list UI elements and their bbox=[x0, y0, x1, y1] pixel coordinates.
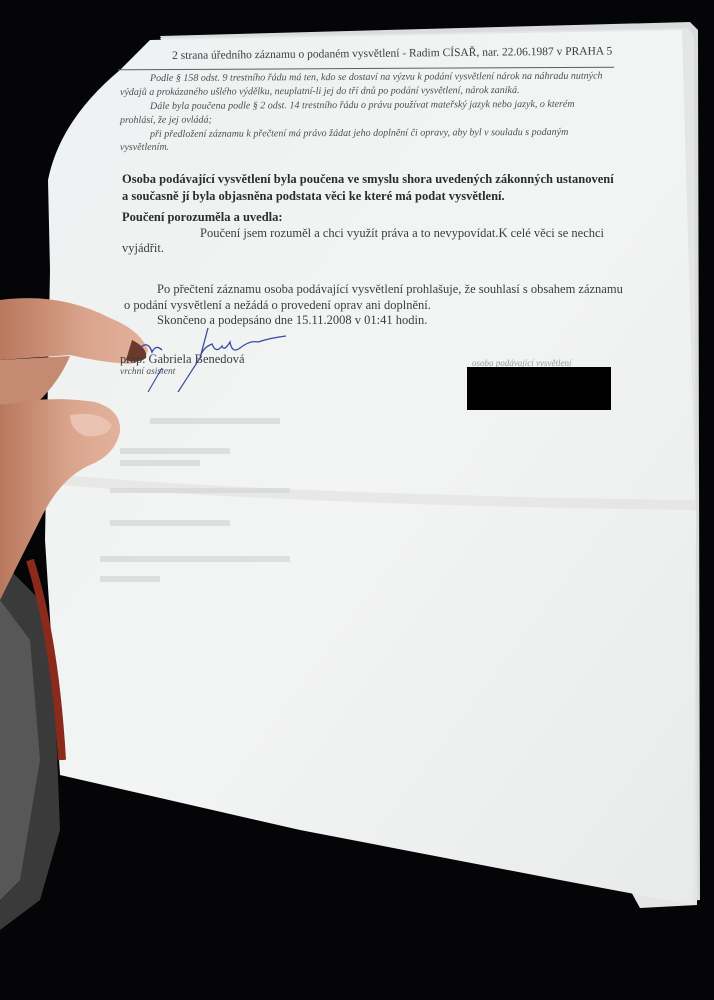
closing-line-2: o podání vysvětlení a nežádá o provedení… bbox=[124, 298, 431, 313]
instruction-line-1: Osoba podávající vysvětlení byla poučena… bbox=[122, 172, 614, 187]
legal-paragraph-2-line-2: prohlásí, že jej ovládá; bbox=[120, 115, 212, 126]
closing-line-1: Po přečtení záznamu osoba podávající vys… bbox=[157, 282, 623, 297]
photo-scene: 2 strana úředního záznamu o podaném vysv… bbox=[0, 0, 714, 1000]
legal-paragraph-3-line-2: vysvětlením. bbox=[120, 142, 169, 153]
legal-paragraph-1-line-1: Podle § 158 odst. 9 trestního řádu má te… bbox=[150, 71, 603, 84]
legal-paragraph-2-line-1: Dále byla poučena podle § 2 odst. 14 tre… bbox=[150, 99, 575, 112]
instruction-line-2: a současně jí byla objasněna podstata vě… bbox=[122, 189, 505, 204]
legal-paragraph-1-line-2: výdajů a prokázaného ušlého výdělku, neu… bbox=[120, 85, 520, 98]
signature bbox=[100, 320, 300, 400]
statement-heading: Poučení porozuměla a uvedla: bbox=[122, 210, 283, 225]
photo-background bbox=[0, 0, 714, 1000]
statement-line-1: Poučení jsem rozuměl a chci využít práva… bbox=[200, 226, 604, 241]
statement-line-2: vyjádřit. bbox=[122, 241, 164, 256]
redaction-box bbox=[467, 367, 611, 410]
legal-paragraph-3-line-1: při předložení záznamu k přečtení má prá… bbox=[150, 127, 568, 140]
paper-sheet bbox=[45, 30, 696, 905]
